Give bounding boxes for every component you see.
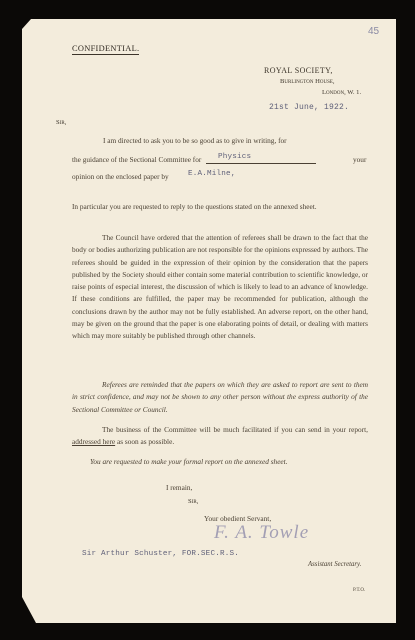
addressed-here-text: addressed here [72, 437, 115, 446]
letterhead-address-line1: Burlington House, [280, 78, 335, 85]
committee-field-line [206, 163, 316, 164]
committee-field: Physics [218, 153, 251, 161]
request-line3-prefix: opinion on the enclosed paper by [72, 171, 169, 183]
paper-author-field: E.A.Milne, [188, 170, 236, 178]
paragraph-business: The business of the Committee will be mu… [72, 424, 368, 449]
confidential-label: CONFIDENTIAL. [72, 44, 139, 55]
closing-line2: Sir, [188, 498, 198, 505]
salutation: Sir, [56, 119, 66, 126]
request-line2-prefix: the guidance of the Sectional Committee … [72, 154, 201, 166]
folio-number: 45 [368, 26, 379, 37]
letterhead-address-line2: London, W. 1. [322, 89, 361, 96]
request-line1: I am directed to ask you to be so good a… [103, 135, 287, 147]
addressee: Sir Arthur Schuster, FOR.SEC.R.S. [82, 550, 239, 558]
business-prefix: The business of the Committee will be mu… [102, 425, 368, 434]
business-suffix: as soon as possible. [117, 437, 174, 446]
request-line2-suffix: your [353, 154, 366, 166]
paragraph-confidence: Referees are reminded that the papers on… [72, 379, 368, 416]
closing-line1: I remain, [166, 482, 192, 494]
letterhead-organization: ROYAL SOCIETY, [264, 66, 333, 75]
signatory-title: Assistant Secretary. [308, 559, 361, 571]
letter-page: 45 CONFIDENTIAL. ROYAL SOCIETY, Burlingt… [22, 19, 396, 623]
signature: F. A. Towle [214, 522, 309, 544]
paragraph-questions: In particular you are requested to reply… [72, 201, 368, 213]
paragraph-council: The Council have ordered that the attent… [72, 232, 368, 343]
letter-date: 21st June, 1922. [269, 103, 349, 112]
paragraph-formal: You are requested to make your formal re… [90, 456, 288, 468]
pto-label: P.T.O. [353, 588, 365, 593]
